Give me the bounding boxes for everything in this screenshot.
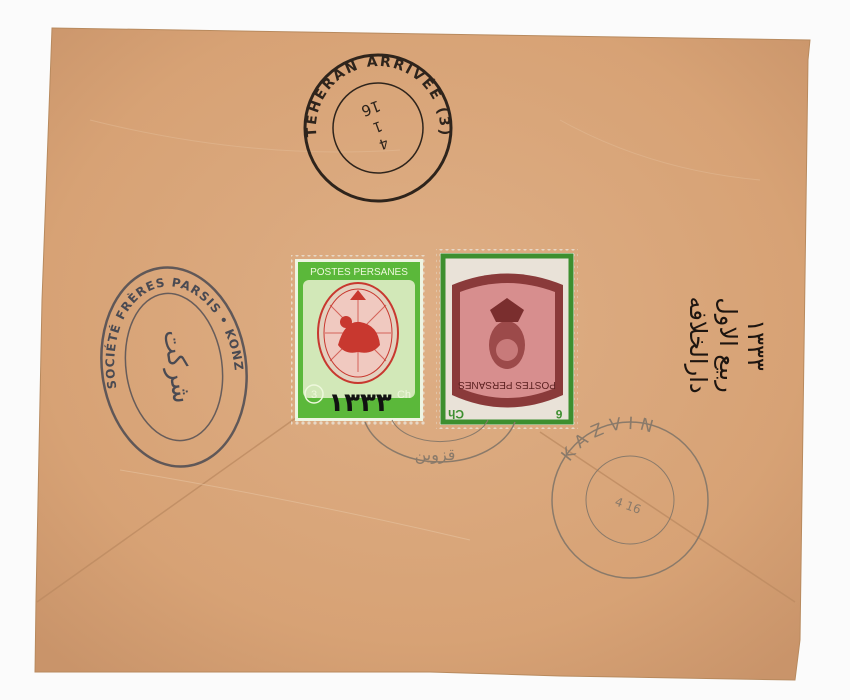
overprint: ١٣٣٣	[328, 388, 392, 418]
svg-text:POSTES PERSANES: POSTES PERSANES	[310, 267, 408, 278]
svg-text:۱۳۳۳: ۱۳۳۳	[742, 319, 770, 371]
svg-text:POSTES PERSANES: POSTES PERSANES	[458, 379, 556, 390]
envelope-scene: TEHERAN ARRIVÉE (3) 4 1 16 SOCIÉTÉ FRÈRE…	[0, 0, 850, 700]
svg-text:دارالخلافه: دارالخلافه	[684, 296, 712, 393]
svg-text:Ch: Ch	[448, 407, 464, 421]
svg-text:قزوین: قزوین	[415, 445, 456, 465]
svg-text:3: 3	[311, 389, 317, 401]
stamp-shah-inverted: POSTES PERSANES 6 Ch	[436, 249, 578, 429]
svg-text:ربیع الاول: ربیع الاول	[714, 297, 742, 392]
svg-text:Ch: Ch	[397, 389, 411, 401]
stamp-lion-sun: POSTES PERSANES 3 Ch ١٣٣٣	[291, 255, 427, 425]
svg-text:6: 6	[555, 407, 562, 421]
